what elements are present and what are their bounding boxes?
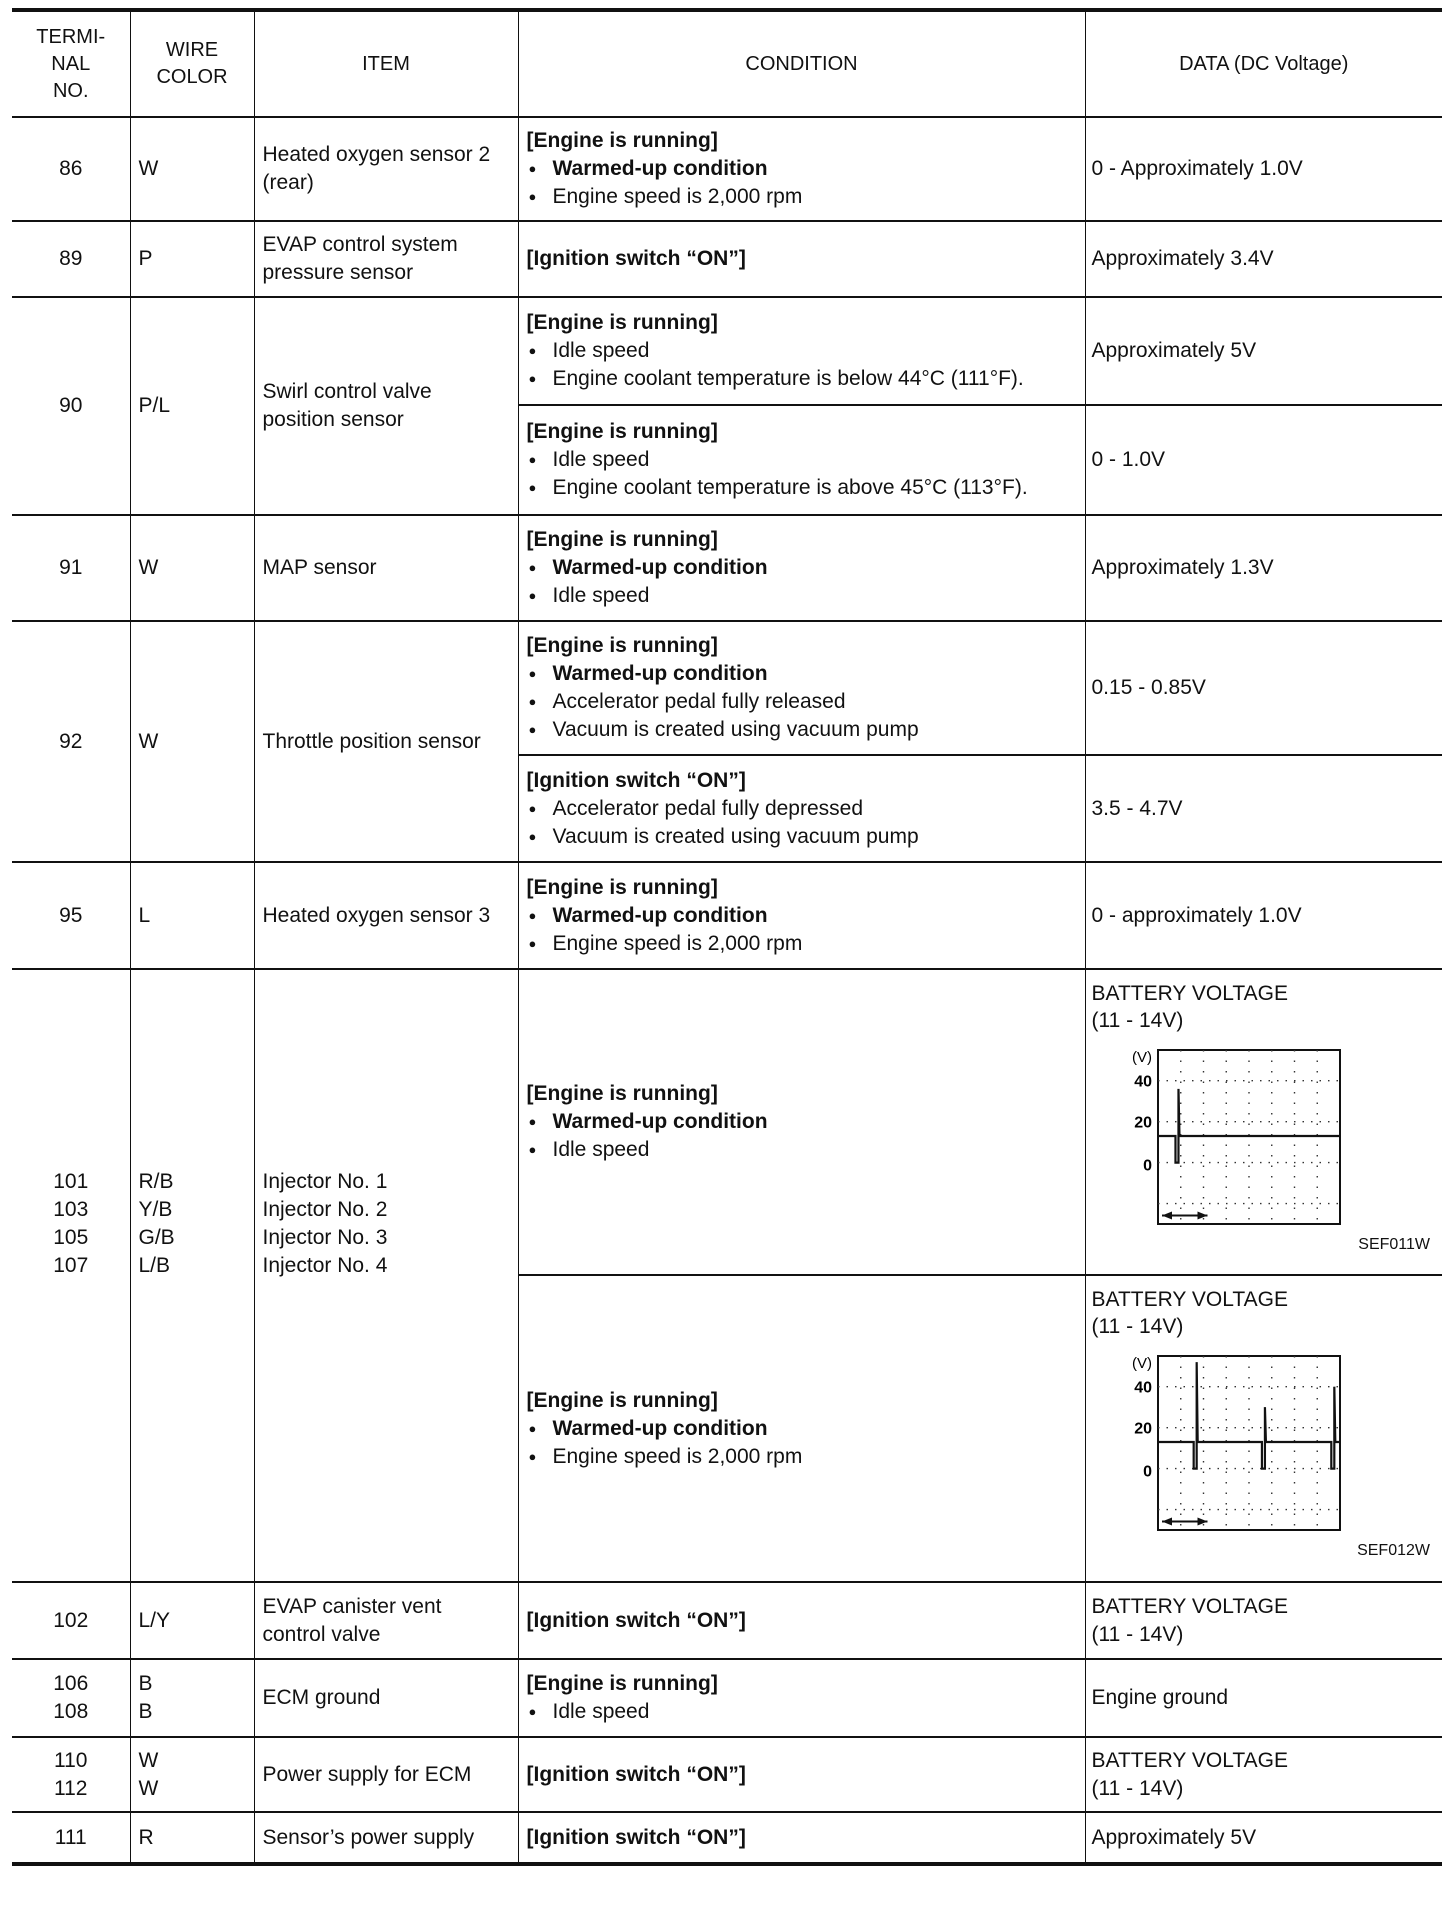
- condition-heading: [Ignition switch “ON”]: [527, 767, 1077, 795]
- waveform-plot: (V)4020020 ms: [1106, 1348, 1346, 1533]
- condition-heading: [Ignition switch “ON”]: [527, 245, 1077, 273]
- condition-list: Warmed-up conditionEngine speed is 2,000…: [527, 902, 1077, 958]
- data-value-cell: BATTERY VOLTAGE(11 - 14V): [1085, 1582, 1442, 1659]
- item-cell: Throttle position sensor: [254, 621, 518, 862]
- item-cell: Heated oxygen sensor 3: [254, 862, 518, 969]
- condition-heading: [Engine is running]: [527, 418, 1077, 446]
- y-axis-label: 20: [1134, 1421, 1152, 1438]
- wire-color: L/B: [139, 1252, 246, 1280]
- wire-color-cell: R: [130, 1812, 254, 1864]
- item-name: EVAP canister vent control valve: [263, 1593, 510, 1649]
- condition-cell: [Ignition switch “ON”]: [518, 221, 1085, 297]
- terminal-no-cell: 102: [12, 1582, 130, 1659]
- condition-bullet: Warmed-up condition: [527, 660, 1077, 688]
- item-cell: ECM ground: [254, 1659, 518, 1737]
- terminal-no: 106: [20, 1670, 122, 1698]
- item-name: Throttle position sensor: [263, 728, 510, 756]
- item-name: EVAP control system pressure sensor: [263, 231, 510, 287]
- data-value: 0 - approximately 1.0V: [1092, 902, 1435, 930]
- condition-bullet: Warmed-up condition: [527, 554, 1077, 582]
- item-name: MAP sensor: [263, 554, 510, 582]
- data-value-cell: Approximately 5V: [1085, 297, 1442, 405]
- terminal-no: 92: [20, 728, 122, 756]
- terminal-no: 86: [20, 155, 122, 183]
- terminal-no-cell: 91: [12, 515, 130, 621]
- data-value: Approximately 3.4V: [1092, 245, 1435, 273]
- terminal-no-cell: 101103105107: [12, 969, 130, 1582]
- item-name: Heated oxygen sensor 2 (rear): [263, 141, 510, 197]
- y-axis-label: 20: [1134, 1115, 1152, 1132]
- condition-list: Warmed-up conditionEngine speed is 2,000…: [527, 155, 1077, 211]
- oscilloscope-waveform: (V)4020020 ms: [1106, 1042, 1346, 1227]
- oscilloscope-waveform: (V)4020020 ms: [1106, 1348, 1346, 1533]
- condition-list: Warmed-up conditionEngine speed is 2,000…: [527, 1415, 1077, 1471]
- data-value: BATTERY VOLTAGE: [1092, 1747, 1435, 1775]
- condition-bullet: Engine coolant temperature is below 44°C…: [527, 365, 1077, 393]
- header-terminal-line: NAL: [20, 51, 122, 78]
- header-condition: CONDITION: [518, 10, 1085, 117]
- table-row: 90P/LSwirl control valve position sensor…: [12, 297, 1442, 405]
- item-name: ECM ground: [263, 1684, 510, 1712]
- condition-cell: [Engine is running]Warmed-up conditionEn…: [518, 862, 1085, 969]
- data-value-cell: Approximately 5V: [1085, 1812, 1442, 1864]
- header-wire-color: WIRE COLOR: [130, 10, 254, 117]
- condition-cell: [Engine is running]Idle speedEngine cool…: [518, 297, 1085, 405]
- wire-color-cell: L: [130, 862, 254, 969]
- header-data: DATA (DC Voltage): [1085, 10, 1442, 117]
- condition-bullet: Warmed-up condition: [527, 902, 1077, 930]
- item-name: Heated oxygen sensor 3: [263, 902, 510, 930]
- y-axis-label: 40: [1134, 1074, 1152, 1091]
- condition-list: Accelerator pedal fully depressedVacuum …: [527, 795, 1077, 851]
- condition-bullet: Idle speed: [527, 446, 1077, 474]
- data-value: 0 - Approximately 1.0V: [1092, 155, 1435, 183]
- condition-bullet: Idle speed: [527, 1698, 1077, 1726]
- condition-cell: [Ignition switch “ON”]: [518, 1737, 1085, 1812]
- wire-color: B: [139, 1670, 246, 1698]
- wire-color: W: [139, 728, 246, 756]
- wire-color-cell: P: [130, 221, 254, 297]
- wire-color: R: [139, 1824, 246, 1852]
- data-value: (11 - 14V): [1092, 1313, 1435, 1340]
- y-axis-label: (V): [1132, 1355, 1152, 1372]
- wire-color: W: [139, 155, 246, 183]
- condition-heading: [Ignition switch “ON”]: [527, 1761, 1077, 1789]
- terminal-no-cell: 110112: [12, 1737, 130, 1812]
- item-name: Injector No. 3: [263, 1224, 510, 1252]
- item-cell: Injector No. 1Injector No. 2Injector No.…: [254, 969, 518, 1582]
- wire-color-cell: W: [130, 515, 254, 621]
- header-row: TERMI- NAL NO. WIRE COLOR ITEM CONDITION…: [12, 10, 1442, 117]
- terminal-no-cell: 86: [12, 117, 130, 221]
- condition-heading: [Engine is running]: [527, 1387, 1077, 1415]
- header-wire-line: WIRE: [139, 37, 246, 64]
- table-row: 102L/YEVAP canister vent control valve[I…: [12, 1582, 1442, 1659]
- data-value-cell: 0.15 - 0.85V: [1085, 621, 1442, 755]
- waveform-block: BATTERY VOLTAGE(11 - 14V)(V)4020020 msSE…: [1092, 1286, 1435, 1565]
- voltage-trace: [1158, 1089, 1340, 1163]
- table-row: 92WThrottle position sensor[Engine is ru…: [12, 621, 1442, 755]
- y-axis-label: 0: [1143, 1464, 1152, 1481]
- wire-color: G/B: [139, 1224, 246, 1252]
- wire-color-cell: W: [130, 621, 254, 862]
- condition-cell: [Engine is running]Warmed-up conditionEn…: [518, 117, 1085, 221]
- data-value: Approximately 1.3V: [1092, 554, 1435, 582]
- data-value: Approximately 5V: [1092, 337, 1435, 365]
- y-axis-label: (V): [1132, 1049, 1152, 1066]
- condition-cell: [Ignition switch “ON”]Accelerator pedal …: [518, 755, 1085, 862]
- wire-color-cell: W: [130, 117, 254, 221]
- item-cell: MAP sensor: [254, 515, 518, 621]
- data-value-cell: 0 - approximately 1.0V: [1085, 862, 1442, 969]
- wire-color: P: [139, 245, 246, 273]
- header-item: ITEM: [254, 10, 518, 117]
- data-value: 0 - 1.0V: [1092, 446, 1435, 474]
- terminal-no: 91: [20, 554, 122, 582]
- item-name: Power supply for ECM: [263, 1761, 510, 1789]
- condition-bullet: Idle speed: [527, 1136, 1077, 1164]
- wire-color-cell: L/Y: [130, 1582, 254, 1659]
- wire-color-cell: P/L: [130, 297, 254, 515]
- data-value-cell: BATTERY VOLTAGE(11 - 14V): [1085, 1737, 1442, 1812]
- item-cell: Swirl control valve position sensor: [254, 297, 518, 515]
- condition-list: Warmed-up conditionAccelerator pedal ful…: [527, 660, 1077, 744]
- item-name: Injector No. 2: [263, 1196, 510, 1224]
- condition-heading: [Engine is running]: [527, 632, 1077, 660]
- data-value-cell: Engine ground: [1085, 1659, 1442, 1737]
- terminal-no: 90: [20, 392, 122, 420]
- data-value: BATTERY VOLTAGE: [1092, 1593, 1435, 1621]
- figure-code: SEF011W: [1092, 1231, 1435, 1259]
- condition-bullet: Warmed-up condition: [527, 1415, 1077, 1443]
- header-terminal-line: TERMI-: [20, 24, 122, 51]
- item-cell: Power supply for ECM: [254, 1737, 518, 1812]
- data-value-cell: Approximately 1.3V: [1085, 515, 1442, 621]
- data-value: 0.15 - 0.85V: [1092, 674, 1435, 702]
- wire-color: W: [139, 554, 246, 582]
- table-body: 86WHeated oxygen sensor 2 (rear)[Engine …: [12, 117, 1442, 1864]
- data-value: (11 - 14V): [1092, 1621, 1435, 1649]
- data-value: 3.5 - 4.7V: [1092, 795, 1435, 823]
- terminal-no: 101: [20, 1168, 122, 1196]
- terminal-no: 112: [20, 1775, 122, 1803]
- table-row: 89PEVAP control system pressure sensor[I…: [12, 221, 1442, 297]
- condition-bullet: Engine speed is 2,000 rpm: [527, 1443, 1077, 1471]
- terminal-no-cell: 92: [12, 621, 130, 862]
- condition-cell: [Engine is running]Warmed-up conditionId…: [518, 515, 1085, 621]
- waveform-plot: (V)4020020 ms: [1106, 1042, 1346, 1227]
- condition-list: Idle speed: [527, 1698, 1077, 1726]
- wire-color: W: [139, 1775, 246, 1803]
- item-cell: EVAP canister vent control valve: [254, 1582, 518, 1659]
- header-terminal-no: TERMI- NAL NO.: [12, 10, 130, 117]
- condition-bullet: Idle speed: [527, 337, 1077, 365]
- table-row: 110112WWPower supply for ECM[Ignition sw…: [12, 1737, 1442, 1812]
- condition-bullet: Accelerator pedal fully depressed: [527, 795, 1077, 823]
- terminal-no: 89: [20, 245, 122, 273]
- wire-color: R/B: [139, 1168, 246, 1196]
- wire-color: B: [139, 1698, 246, 1726]
- condition-heading: [Ignition switch “ON”]: [527, 1824, 1077, 1852]
- item-cell: EVAP control system pressure sensor: [254, 221, 518, 297]
- terminal-no: 103: [20, 1196, 122, 1224]
- condition-cell: [Ignition switch “ON”]: [518, 1812, 1085, 1864]
- data-value-cell: 0 - Approximately 1.0V: [1085, 117, 1442, 221]
- item-cell: Sensor’s power supply: [254, 1812, 518, 1864]
- item-name: Injector No. 4: [263, 1252, 510, 1280]
- terminal-no: 95: [20, 902, 122, 930]
- terminal-no-cell: 95: [12, 862, 130, 969]
- condition-cell: [Engine is running]Warmed-up conditionId…: [518, 969, 1085, 1275]
- data-value: (11 - 14V): [1092, 1775, 1435, 1803]
- condition-bullet: Warmed-up condition: [527, 155, 1077, 183]
- condition-cell: [Engine is running]Warmed-up conditionEn…: [518, 1275, 1085, 1582]
- condition-list: Warmed-up conditionIdle speed: [527, 554, 1077, 610]
- condition-heading: [Engine is running]: [527, 309, 1077, 337]
- terminal-no: 108: [20, 1698, 122, 1726]
- data-value: BATTERY VOLTAGE: [1092, 1286, 1435, 1313]
- item-name: Injector No. 1: [263, 1168, 510, 1196]
- condition-bullet: Warmed-up condition: [527, 1108, 1077, 1136]
- condition-cell: [Engine is running]Warmed-up conditionAc…: [518, 621, 1085, 755]
- waveform-block: BATTERY VOLTAGE(11 - 14V)(V)4020020 msSE…: [1092, 980, 1435, 1259]
- item-cell: Heated oxygen sensor 2 (rear): [254, 117, 518, 221]
- data-value-cell: BATTERY VOLTAGE(11 - 14V)(V)4020020 msSE…: [1085, 969, 1442, 1275]
- condition-heading: [Ignition switch “ON”]: [527, 1607, 1077, 1635]
- data-value: BATTERY VOLTAGE: [1092, 980, 1435, 1007]
- condition-heading: [Engine is running]: [527, 1080, 1077, 1108]
- condition-heading: [Engine is running]: [527, 874, 1077, 902]
- condition-bullet: Engine coolant temperature is above 45°C…: [527, 474, 1077, 502]
- condition-bullet: Accelerator pedal fully released: [527, 688, 1077, 716]
- condition-list: Idle speedEngine coolant temperature is …: [527, 446, 1077, 502]
- item-name: Swirl control valve position sensor: [263, 378, 510, 434]
- ecm-terminals-table: TERMI- NAL NO. WIRE COLOR ITEM CONDITION…: [12, 8, 1442, 1866]
- data-value-cell: BATTERY VOLTAGE(11 - 14V)(V)4020020 msSE…: [1085, 1275, 1442, 1582]
- condition-heading: [Engine is running]: [527, 1670, 1077, 1698]
- condition-cell: [Engine is running]Idle speed: [518, 1659, 1085, 1737]
- data-value: Engine ground: [1092, 1684, 1435, 1712]
- terminal-no: 102: [20, 1607, 122, 1635]
- header-wire-line: COLOR: [139, 64, 246, 91]
- condition-bullet: Idle speed: [527, 582, 1077, 610]
- terminal-no-cell: 106108: [12, 1659, 130, 1737]
- table-row: 106108BBECM ground[Engine is running]Idl…: [12, 1659, 1442, 1737]
- data-value-cell: 3.5 - 4.7V: [1085, 755, 1442, 862]
- wire-color: P/L: [139, 392, 246, 420]
- condition-bullet: Engine speed is 2,000 rpm: [527, 930, 1077, 958]
- header-terminal-line: NO.: [20, 78, 122, 105]
- terminal-no-cell: 89: [12, 221, 130, 297]
- data-value: (11 - 14V): [1092, 1007, 1435, 1034]
- condition-heading: [Engine is running]: [527, 526, 1077, 554]
- table-row: 86WHeated oxygen sensor 2 (rear)[Engine …: [12, 117, 1442, 221]
- wire-color: L/Y: [139, 1607, 246, 1635]
- table-row: 91WMAP sensor[Engine is running]Warmed-u…: [12, 515, 1442, 621]
- table-row: 111RSensor’s power supply[Ignition switc…: [12, 1812, 1442, 1864]
- table-row: 101103105107R/BY/BG/BL/BInjector No. 1In…: [12, 969, 1442, 1275]
- wire-color-cell: BB: [130, 1659, 254, 1737]
- wire-color: Y/B: [139, 1196, 246, 1224]
- condition-cell: [Ignition switch “ON”]: [518, 1582, 1085, 1659]
- condition-list: Warmed-up conditionIdle speed: [527, 1108, 1077, 1164]
- terminal-no: 105: [20, 1224, 122, 1252]
- terminal-no: 111: [20, 1824, 122, 1852]
- condition-cell: [Engine is running]Idle speedEngine cool…: [518, 405, 1085, 515]
- y-axis-label: 0: [1143, 1158, 1152, 1175]
- condition-bullet: Engine speed is 2,000 rpm: [527, 183, 1077, 211]
- wire-color-cell: R/BY/BG/BL/B: [130, 969, 254, 1582]
- data-value: Approximately 5V: [1092, 1824, 1435, 1852]
- condition-bullet: Vacuum is created using vacuum pump: [527, 716, 1077, 744]
- y-axis-label: 40: [1134, 1380, 1152, 1397]
- data-value-cell: Approximately 3.4V: [1085, 221, 1442, 297]
- terminal-no-cell: 111: [12, 1812, 130, 1864]
- data-value-cell: 0 - 1.0V: [1085, 405, 1442, 515]
- wire-color-cell: WW: [130, 1737, 254, 1812]
- condition-list: Idle speedEngine coolant temperature is …: [527, 337, 1077, 393]
- wire-color: W: [139, 1747, 246, 1775]
- condition-heading: [Engine is running]: [527, 127, 1077, 155]
- terminal-no: 110: [20, 1747, 122, 1775]
- terminal-no-cell: 90: [12, 297, 130, 515]
- condition-bullet: Vacuum is created using vacuum pump: [527, 823, 1077, 851]
- table-row: 95LHeated oxygen sensor 3[Engine is runn…: [12, 862, 1442, 969]
- figure-code: SEF012W: [1092, 1537, 1435, 1565]
- item-name: Sensor’s power supply: [263, 1824, 510, 1852]
- wire-color: L: [139, 902, 246, 930]
- terminal-no: 107: [20, 1252, 122, 1280]
